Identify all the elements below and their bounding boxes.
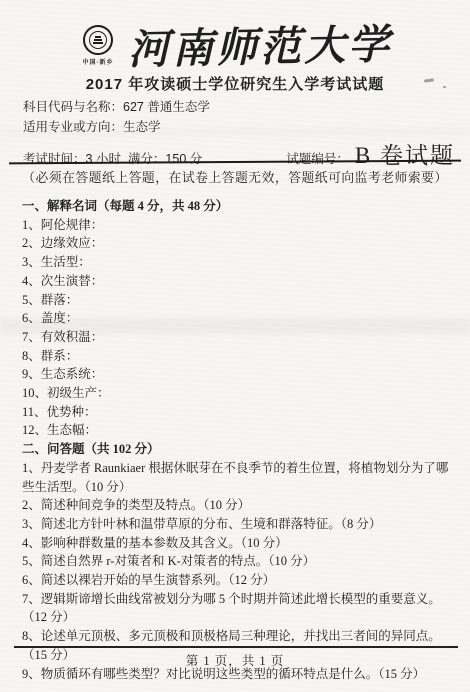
paper-header: 中国·新乡 河南师范大学 [0,14,470,73]
score-value: 150 分 [165,152,202,166]
exam-body: 一、解释名词（每题 4 分，共 48 分） 1、阿伦规律： 2、边缘效应： 3、… [22,197,455,683]
pen-mark-artifact-2 [443,86,446,88]
university-name: 河南师范大学 [127,11,392,76]
term-item-8: 8、群系： [22,347,455,366]
question-item-3: 3、简述北方针叶林和温带草原的分布、生境和群落特征。（8 分） [22,515,455,534]
scan-artifact-band [0,318,470,334]
term-item-2: 2、边缘效应： [22,234,455,253]
emblem-caption: 中国·新乡 [83,57,114,66]
time-score-line: 考试时间：3 小时 满分：150 分 试题编号： B 卷试题 [23,137,455,159]
question-item-5: 5、简述自然界 r-对策者和 K-对策者的特点。（10 分） [22,552,455,571]
term-item-1: 1、阿伦规律： [22,216,455,235]
scan-artifact-band-2 [0,128,470,136]
page-number: 第 1 页，共 1 页 [0,651,470,669]
question-item-7: 7、逻辑斯谛增长曲线常被划分为哪 5 个时期并简述此增长模型的重要意义。（12 … [22,590,455,627]
term-item-9: 9、生态系统： [22,365,455,384]
term-item-10: 10、初级生产： [22,384,455,403]
paper-number-label: 试题编号： [286,149,349,167]
time-value: 3 小时 [86,152,121,166]
footer-divider [14,646,458,648]
question-item-4: 4、影响种群数量的基本参数及其含义。（10 分） [22,534,455,553]
paper-number-value: B 卷试题 [355,137,455,170]
term-item-12: 12、生态幅： [22,421,455,440]
emblem-crest-icon [89,31,107,49]
term-item-5: 5、群落： [22,291,455,310]
term-item-4: 4、次生演替： [22,272,455,291]
term-item-3: 3、生活型： [22,253,455,272]
subject-value: 627 普通生态学 [123,100,210,114]
question-item-2: 2、简述种间竞争的类型及特点。（10 分） [22,496,455,515]
score-label: 满分： [128,152,166,166]
time-score-group: 考试时间：3 小时 满分：150 分 [23,149,202,167]
paper-number-group: 试题编号： B 卷试题 [286,137,455,170]
answer-sheet-notice: （必须在答题纸上答题，在试卷上答题无效，答题纸可向监考老师索要） [0,167,470,186]
subject-line: 科目代码与名称：627 普通生态学 [23,97,455,117]
section-2-title: 二、问答题（共 102 分） [22,440,455,459]
term-item-11: 11、优势种： [22,403,455,422]
university-emblem-icon [83,25,113,55]
question-item-6: 6、简述以裸岩开始的旱生演替系列。（12 分） [22,571,455,590]
section-1-title: 一、解释名词（每题 4 分，共 48 分） [22,197,455,216]
question-item-1: 1、丹麦学者 Raunkiaer 根据休眠芽在不良季节的着生位置，将植物划分为了… [22,459,455,496]
exam-paper-page: 中国·新乡 河南师范大学 2017 年攻读硕士学位研究生入学考试试题 科目代码与… [0,0,470,692]
university-emblem: 中国·新乡 [78,25,118,66]
exam-title: 2017 年攻读硕士学位研究生入学考试试题 [0,73,470,94]
subject-label: 科目代码与名称： [23,100,123,114]
